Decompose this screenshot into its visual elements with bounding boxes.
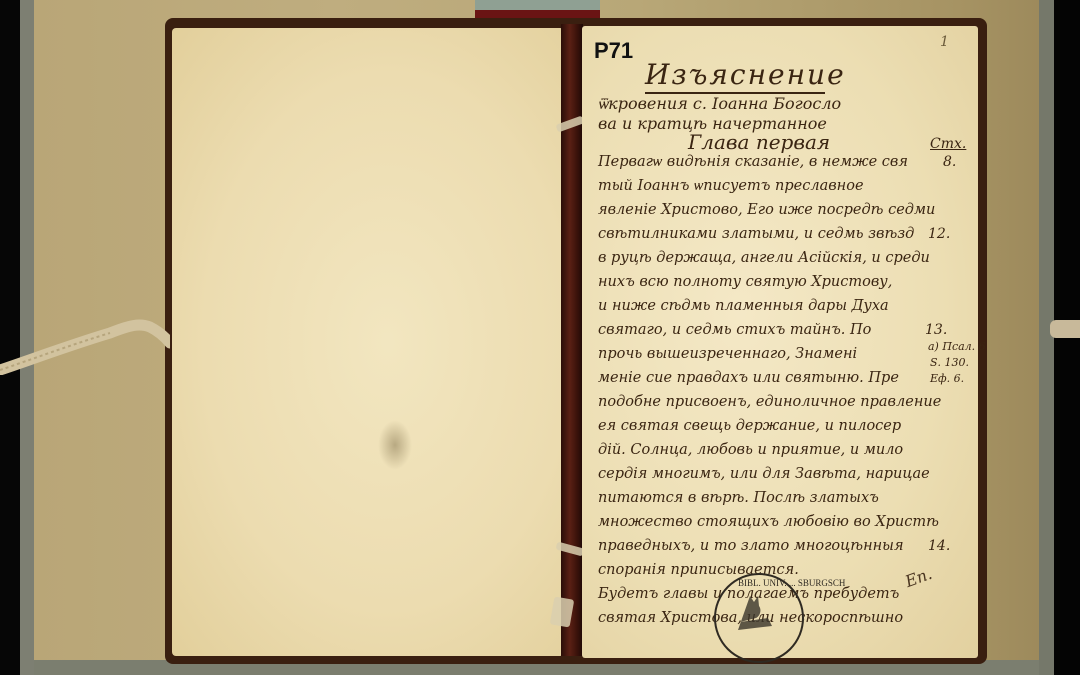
subtitle-line-1: ѿкровения с. Іоанна Богосло [598,94,841,114]
margin-note: Ѕ. 130. [930,356,969,369]
library-emblem-icon [732,592,778,632]
chapter-heading: Глава первая [688,130,830,154]
folio-number: 1 [940,34,949,50]
left-page-blank [172,28,564,656]
body-line: святаго, и седмь стихъ тайнъ. По [598,322,871,338]
stamp-text: BIBL. UNIV. ... SBURGSCH [738,578,845,588]
body-line: и ниже сѣдмь пламенныя дары Духа [598,298,889,314]
body-line: сердія многимъ, или для Завѣта, нарицае [598,466,930,482]
body-line: множество стоящихъ любовію во Христѣ [598,514,939,530]
ribbon-green [475,0,600,10]
body-line: подобне присвоенъ, единоличное правление [598,394,941,410]
manuscript-photo: P71 1 Изъяснение ѿкровения с. Іоанна Бог… [0,0,1080,675]
column-header: Стх. [930,136,966,152]
cloth-tie-left-icon [0,315,170,375]
margin-number: 8. [943,154,956,170]
body-line: Первагѡ видѣнія сказаніе, в немже свя [598,154,908,171]
margin-note: а) Псал. 6 [928,340,986,353]
body-line: праведныхъ, и то злато многоцѣнныя [598,538,904,554]
body-line: явленіе Христово, Его иже посредѣ седми [598,202,935,218]
body-line: нихъ всю полноту святую Христову, [598,274,892,290]
page-stain [378,420,412,470]
body-line: свѣтилниками златыми, и седмь звѣзд [598,226,914,242]
body-line: питаются в вѣрѣ. Послѣ златыхъ [598,490,879,506]
body-line: меніе сие правдахъ или святыню. Пре [598,370,899,386]
margin-number: 13. [925,322,947,338]
cloth-tie-right-icon [1050,320,1080,338]
shelfmark-label: P71 [594,38,633,64]
margin-number: 14. [928,538,950,554]
body-line: дій. Солнца, любовь и приятие, и мило [598,442,903,458]
body-line: прочь вышеизреченнаго, Знамені [598,346,857,362]
right-grey-strip [1039,0,1054,675]
margin-note: Еф. 6. [930,372,964,385]
body-line: в руцѣ держаща, ангели Асійскія, и среди [598,250,930,266]
manuscript-title: Изъяснение [645,58,846,91]
margin-number: 12. [928,226,950,242]
body-line: ея святая свещь держание, и пилосер [598,418,901,434]
body-line: тый Іоаннъ ѡписуетъ преславное [598,178,864,195]
